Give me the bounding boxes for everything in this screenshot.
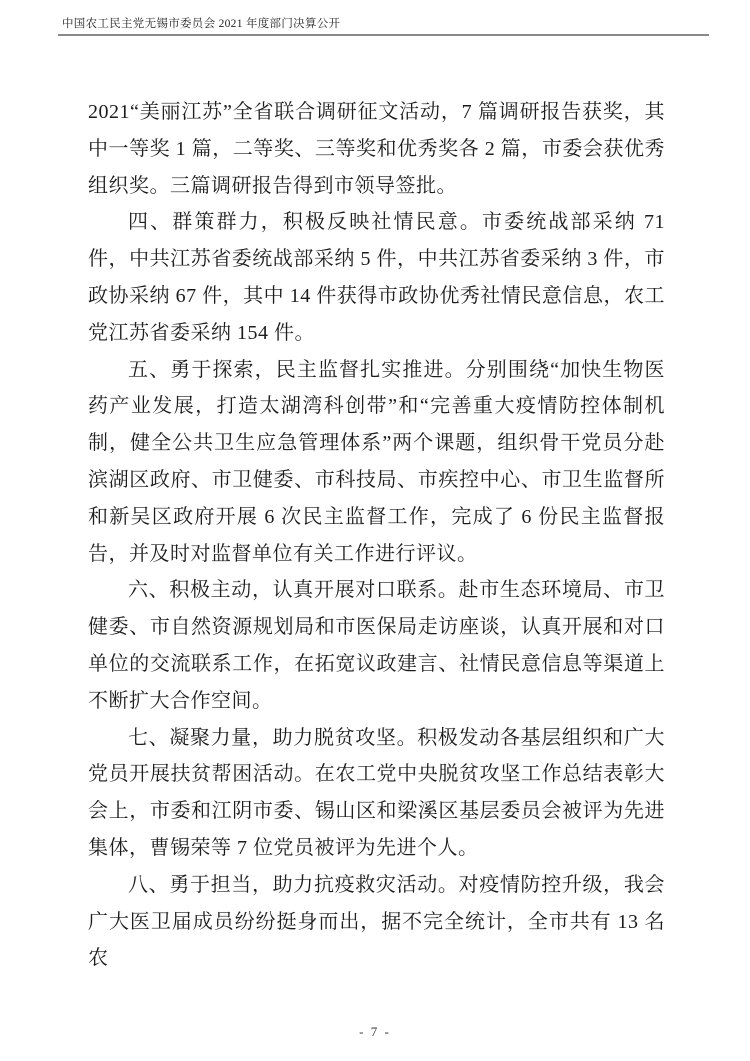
page-footer: - 7 - bbox=[0, 1023, 750, 1041]
paragraph-continuation: 2021“美丽江苏”全省联合调研征文活动，7 篇调研报告获奖，其中一等奖 1 篇… bbox=[88, 94, 665, 204]
page-header-title: 中国农工民主党无锡市委员会 2021 年度部门决算公开 bbox=[58, 17, 709, 31]
document-page: 中国农工民主党无锡市委员会 2021 年度部门决算公开 2021“美丽江苏”全省… bbox=[0, 0, 750, 1061]
paragraph-section-4: 四、群策群力，积极反映社情民意。市委统战部采纳 71 件，中共江苏省委统战部采纳… bbox=[88, 204, 665, 351]
paragraph-section-8: 八、勇于担当，助力抗疫救灾活动。对疫情防控升级，我会广大医卫届成员纷纷挺身而出，… bbox=[88, 867, 665, 977]
paragraph-section-7: 七、凝聚力量，助力脱贫攻坚。积极发动各基层组织和广大党员开展扶贫帮困活动。在农工… bbox=[88, 720, 665, 867]
paragraph-section-5: 五、勇于探索，民主监督扎实推进。分别围绕“加快生物医药产业发展，打造太湖湾科创带… bbox=[88, 352, 665, 573]
page-number: - 7 - bbox=[359, 1024, 391, 1039]
page-header: 中国农工民主党无锡市委员会 2021 年度部门决算公开 bbox=[58, 17, 709, 36]
paragraph-section-6: 六、积极主动，认真开展对口联系。赴市生态环境局、市卫健委、市自然资源规划局和市医… bbox=[88, 572, 665, 719]
document-body: 2021“美丽江苏”全省联合调研征文活动，7 篇调研报告获奖，其中一等奖 1 篇… bbox=[88, 94, 665, 977]
